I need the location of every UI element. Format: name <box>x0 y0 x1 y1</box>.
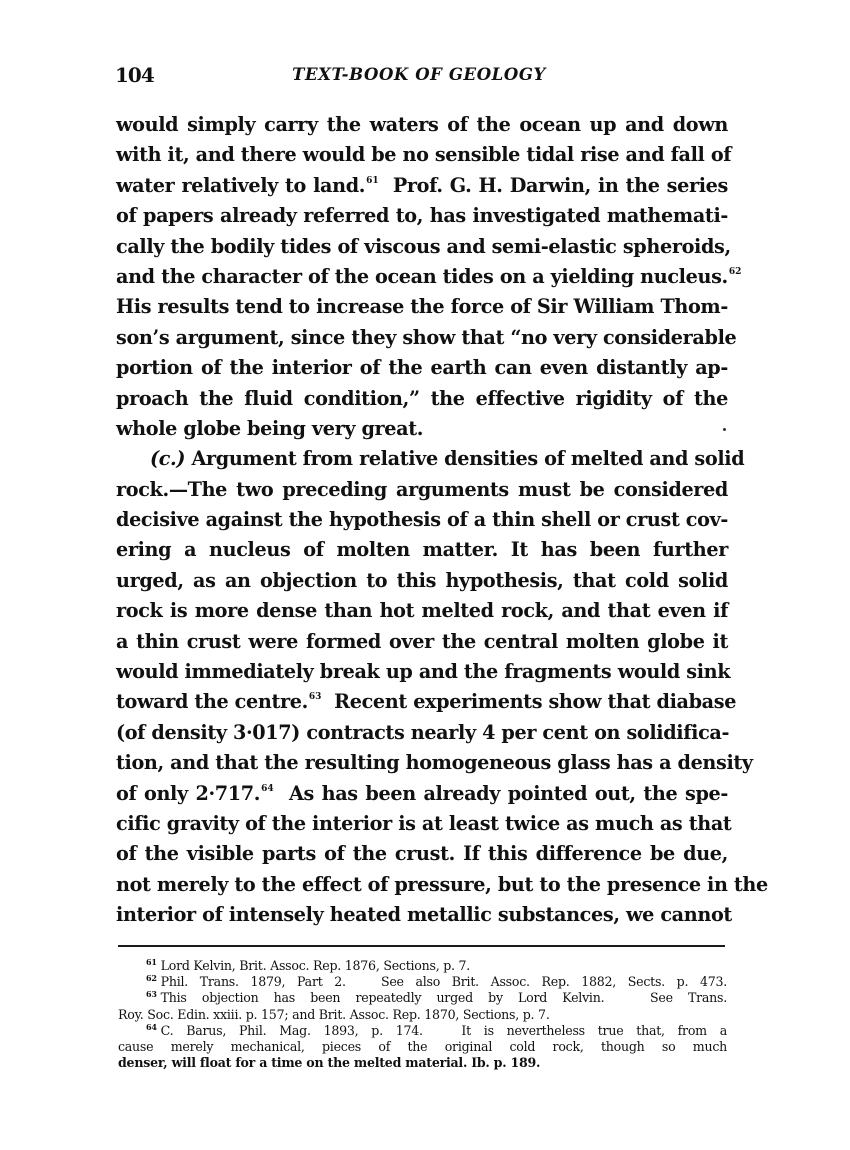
text-line: cific gravity of the interior is at leas… <box>116 809 728 839</box>
book-page: 104 TEXT-BOOK OF GEOLOGY would simply ca… <box>0 0 850 1150</box>
text-line: ering a nucleus of molten matter. It has… <box>116 535 728 565</box>
footnote-63-continued: Roy. Soc. Edin. xxiii. p. 157; and Brit.… <box>118 1007 727 1023</box>
footnote-63: 63This objection has been repeatedly urg… <box>118 990 727 1006</box>
footnotes: 61Lord Kelvin, Brit. Assoc. Rep. 1876, S… <box>118 958 727 1071</box>
text-line: water relatively to land.61 Prof. G. H. … <box>116 171 728 201</box>
footnote-ref-63[interactable]: 63 <box>309 692 322 702</box>
text-line: urged, as an objection to this hypothesi… <box>116 566 728 596</box>
body-text: would simply carry the waters of the oce… <box>116 110 728 931</box>
text-line: whole globe being very great. <box>116 414 728 444</box>
text-span: Argument from relative densities of melt… <box>185 447 744 470</box>
text-line: tion, and that the resulting homogeneous… <box>116 748 728 778</box>
text-line: with it, and there would be no sensible … <box>116 140 728 170</box>
text-line: decisive against the hypothesis of a thi… <box>116 505 728 535</box>
text-line: of the visible parts of the crust. If th… <box>116 839 728 869</box>
text-line: rock.—The two preceding arguments must b… <box>116 475 728 505</box>
footnote-number: 63 <box>146 989 157 999</box>
text-span: water relatively to land. <box>116 174 365 197</box>
text-line: would immediately break up and the fragm… <box>116 657 728 687</box>
text-line: toward the centre.63 Recent experiments … <box>116 687 728 717</box>
text-line: portion of the interior of the earth can… <box>116 353 728 383</box>
text-span: toward the centre. <box>116 690 308 713</box>
text-line: of only 2·717.64 As has been already poi… <box>116 779 728 809</box>
footnote-62: 62Phil. Trans. 1879, Part 2. See also Br… <box>118 974 727 990</box>
footnote-64-continued: cause merely mechanical, pieces of the o… <box>118 1039 727 1055</box>
text-line: of papers already referred to, has inves… <box>116 201 728 231</box>
footnote-number: 61 <box>146 957 157 967</box>
footnote-divider <box>118 945 725 947</box>
text-line: not merely to the effect of pressure, bu… <box>116 870 728 900</box>
footnote-text: C. Barus, Phil. Mag. 1893, p. 174. It is… <box>161 1023 727 1038</box>
text-line: (of density 3·017) contracts nearly 4 pe… <box>116 718 728 748</box>
text-span: Prof. G. H. Darwin, in the series <box>379 174 728 197</box>
text-line: His results tend to increase the force o… <box>116 292 728 322</box>
footnote-text: This objection has been repeatedly urged… <box>161 990 727 1005</box>
text-span: and the character of the ocean tides on … <box>116 265 728 288</box>
footnote-ref-64[interactable]: 64 <box>261 784 274 794</box>
footnote-61: 61Lord Kelvin, Brit. Assoc. Rep. 1876, S… <box>118 958 727 974</box>
print-speck <box>723 428 726 431</box>
page-number: 104 <box>115 62 154 88</box>
text-span: As has been already pointed out, the spe… <box>274 782 728 805</box>
footnote-text: Lord Kelvin, Brit. Assoc. Rep. 1876, Sec… <box>161 958 470 973</box>
text-span: of only 2·717. <box>116 782 260 805</box>
footnote-number: 64 <box>146 1022 157 1032</box>
footnote-64-continued: denser, will float for a time on the mel… <box>118 1055 727 1071</box>
text-span: Recent experiments show that diabase <box>321 690 736 713</box>
text-line: cally the bodily tides of viscous and se… <box>116 232 728 262</box>
footnote-text: Phil. Trans. 1879, Part 2. See also Brit… <box>161 974 727 989</box>
footnote-number: 62 <box>146 973 157 983</box>
footnote-ref-62[interactable]: 62 <box>729 267 742 277</box>
section-label: (c.) <box>150 447 185 470</box>
footnote-ref-61[interactable]: 61 <box>366 176 379 186</box>
text-line: interior of intensely heated metallic su… <box>116 900 728 930</box>
page-header: 104 TEXT-BOOK OF GEOLOGY <box>115 62 727 88</box>
text-line: would simply carry the waters of the oce… <box>116 110 728 140</box>
text-line: a thin crust were formed over the centra… <box>116 627 728 657</box>
section-heading-line: (c.) Argument from relative densities of… <box>116 444 728 474</box>
footnote-64: 64C. Barus, Phil. Mag. 1893, p. 174. It … <box>118 1023 727 1039</box>
running-title: TEXT-BOOK OF GEOLOGY <box>283 62 555 88</box>
text-line: rock is more dense than hot melted rock,… <box>116 596 728 626</box>
text-line: son’s argument, since they show that “no… <box>116 323 728 353</box>
text-line: proach the fluid condition,” the effecti… <box>116 384 728 414</box>
text-line: and the character of the ocean tides on … <box>116 262 728 292</box>
